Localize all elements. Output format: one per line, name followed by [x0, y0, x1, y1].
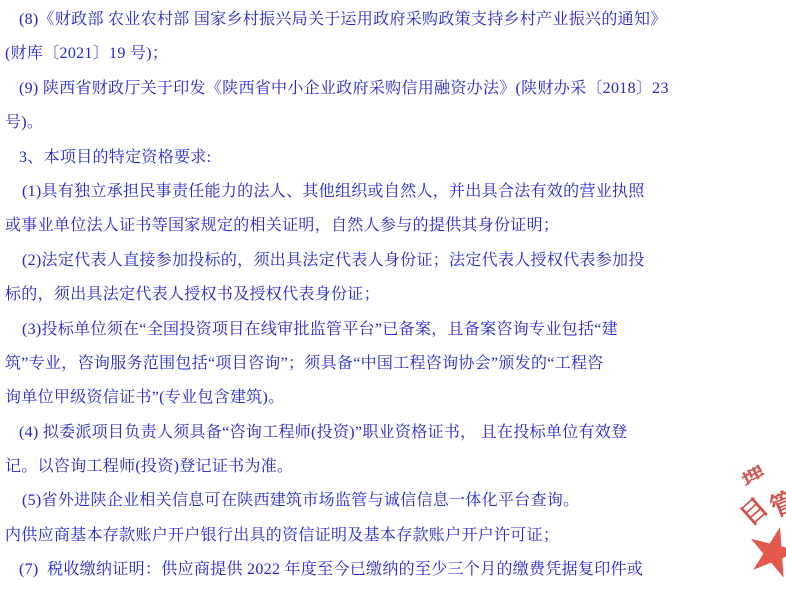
document-line: (1)具有独立承担民事责任能力的法人、其他组织或自然人，并出具合法有效的营业执照: [5, 175, 786, 209]
document-line: (4) 拟委派项目负责人须具备“咨询工程师(投资)”职业资格证书， 且在投标单位…: [5, 416, 786, 450]
document-line: 标的，须出具法定代表人授权书及授权代表身份证；: [5, 278, 786, 312]
document-line: (2)法定代表人直接参加投标的，须出具法定代表人身份证；法定代表人授权代表参加投: [5, 244, 786, 278]
document-line: (9) 陕西省财政厅关于印发《陕西省中小企业政府采购信用融资办法》(陕财办采〔2…: [5, 72, 786, 106]
document-line: (3)投标单位须在“全国投资项目在线审批监管平台”已备案，且备案咨询专业包括“建: [5, 313, 786, 347]
document-line: 3、本项目的特定资格要求:: [5, 141, 786, 175]
document-line: 筑”专业，咨询服务范围包括“项目咨询”；须具备“中国工程咨询协会”颁发的“工程咨: [5, 347, 786, 381]
document-line: 或事业单位法人证书等国家规定的相关证明，自然人参与的提供其身份证明；: [5, 209, 786, 243]
document-line: 内供应商基本存款账户开户银行出具的资信证明及基本存款账户开户许可证；: [5, 519, 786, 553]
document-line: (财库〔2021〕19 号)；: [5, 37, 786, 71]
document-line: (5)省外进陕企业相关信息可在陕西建筑市场监管与诚信信息一体化平台查询。: [5, 484, 786, 518]
document-line: (8)《财政部 农业农村部 国家乡村振兴局关于运用政府采购政策支持乡村产业振兴的…: [5, 3, 786, 37]
document-line: 记。以咨询工程师(投资)登记证书为准。: [5, 450, 786, 484]
document-line: 询单位甲级资信证书”(专业包含建筑)。: [5, 381, 786, 415]
document-body: (8)《财政部 农业农村部 国家乡村振兴局关于运用政府采购政策支持乡村产业振兴的…: [0, 0, 786, 588]
document-line: 号)。: [5, 106, 786, 140]
document-line: (7) 税收缴纳证明：供应商提供 2022 年度至今已缴纳的至少三个月的缴费凭据…: [5, 553, 786, 587]
